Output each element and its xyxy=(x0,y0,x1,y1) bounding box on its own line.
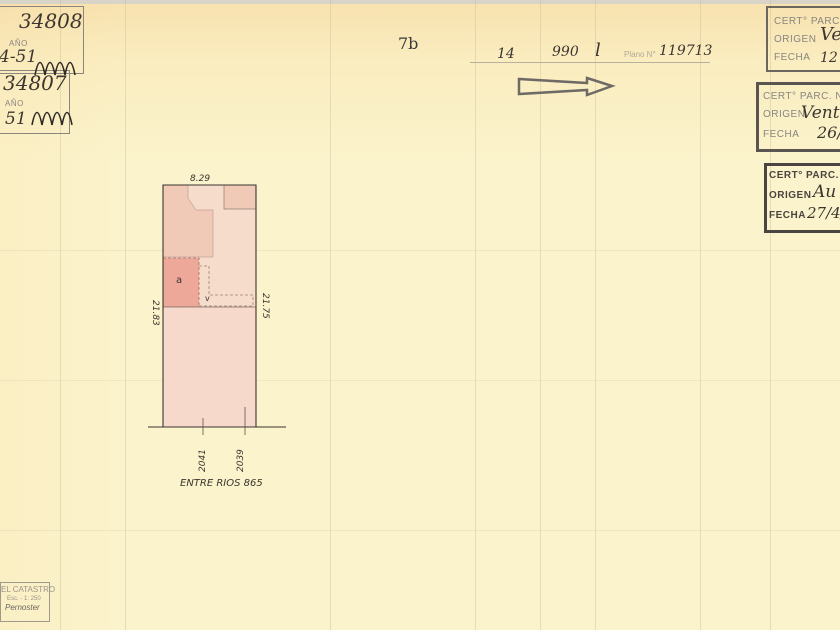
stamp-line3-label: FECHA xyxy=(763,129,799,140)
plano-label: Plano N° xyxy=(624,50,656,59)
right-stamp-1: CERT° PARC. ORIGEN Venta FECHA 12 xyxy=(766,6,840,72)
right-stamp-2: CERT° PARC. N° ORIGEN Venta FECHA 26/ xyxy=(756,82,840,152)
ruling-line xyxy=(0,380,840,381)
stamp-label: AÑO xyxy=(5,99,24,108)
stamp-line2-value: Venta xyxy=(801,103,840,123)
stamp-line3-value: 27/4/ xyxy=(807,204,840,222)
footer-line-2: Esc. - 1: 250 xyxy=(7,596,49,602)
stamp-line1: CERT° PARC. N° xyxy=(763,91,840,102)
ruling-line xyxy=(475,0,476,630)
dimension-top-width: 8.29 xyxy=(190,174,210,184)
ruling-line xyxy=(0,250,840,251)
stamp-line2-value: Venta xyxy=(820,24,840,45)
stamp-line3-label: FECHA xyxy=(769,210,806,221)
scanned-cadastral-sheet: 34808 AÑO 4-51 34807 AÑO 51 7b 14 990 l … xyxy=(0,0,840,630)
header-value-2: 990 xyxy=(552,44,579,60)
footer-line-1: EL CATASTRO xyxy=(1,585,49,594)
ruling-line xyxy=(0,530,840,531)
ruling-line xyxy=(700,0,701,630)
lot-plan-drawing xyxy=(140,170,300,440)
cadastre-footer-stamp: EL CATASTRO Esc. - 1: 250 Pernoster xyxy=(0,582,50,622)
footer-line-3: Pernoster xyxy=(5,603,49,612)
stamp-line3-label: FECHA xyxy=(774,52,810,63)
header-underline xyxy=(470,62,710,63)
stamp-line3-value: 26/ xyxy=(817,123,840,142)
stamp-line2-label: ORIGEN xyxy=(769,190,811,201)
door-number-2: 2039 xyxy=(236,449,246,472)
area-label-v: v xyxy=(205,294,210,303)
stamp-line3-value: 12 xyxy=(820,50,838,66)
ruling-line xyxy=(330,0,331,630)
sheet-number: 7b xyxy=(398,34,418,53)
stamp-number: 34808 xyxy=(19,9,83,33)
north-arrow-icon xyxy=(517,75,617,99)
street-name: ENTRE RIOS 865 xyxy=(180,478,263,489)
stamp-line2-label: ORIGEN xyxy=(774,34,816,45)
plano-number: 119713 xyxy=(659,43,712,59)
right-stamp-3: CERT° PARC. N° ORIGEN Au FECHA 27/4/ xyxy=(764,163,840,233)
ruling-line xyxy=(125,0,126,630)
scribble-mark xyxy=(30,45,85,135)
door-number-1: 2041 xyxy=(198,449,208,472)
stamp-line2-label: ORIGEN xyxy=(763,109,805,120)
header-letter: l xyxy=(595,40,601,61)
header-value-1: 14 xyxy=(497,46,515,62)
scan-top-edge xyxy=(0,0,840,4)
stamp-line2-value: Au xyxy=(813,182,836,202)
stamp-line1: CERT° PARC. N° xyxy=(769,170,840,181)
dimension-left-depth: 21.83 xyxy=(150,300,160,326)
stamp-value: 51 xyxy=(5,109,27,129)
dimension-right-depth: 21.75 xyxy=(260,293,270,319)
lot-label-a: a xyxy=(176,275,182,286)
